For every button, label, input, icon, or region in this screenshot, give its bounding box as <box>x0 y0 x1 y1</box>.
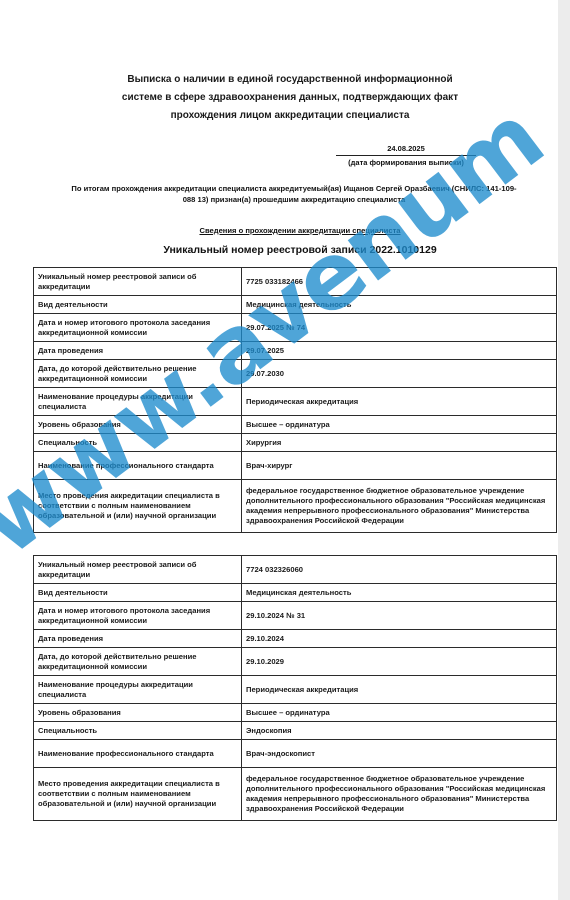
table-row: Уровень образованияВысшее – ординатура <box>34 416 557 434</box>
row-value: 29.10.2024 <box>242 630 557 648</box>
document-page: Выписка о наличии в единой государственн… <box>0 0 558 900</box>
row-label: Вид деятельности <box>34 584 242 602</box>
table-row: Место проведения аккредитации специалист… <box>34 768 557 821</box>
row-label: Наименование профессионального стандарта <box>34 740 242 768</box>
row-label: Уникальный номер реестровой записи об ак… <box>34 268 242 296</box>
registry-heading: Уникальный номер реестровой записи 2022.… <box>100 244 500 256</box>
row-value: Врач-эндоскопист <box>242 740 557 768</box>
issue-date-block: 24.08.2025 (дата формирования выписки) <box>336 143 476 168</box>
table-row: СпециальностьЭндоскопия <box>34 722 557 740</box>
table-row: Вид деятельностиМедицинская деятельность <box>34 296 557 314</box>
row-label: Уникальный номер реестровой записи об ак… <box>34 556 242 584</box>
row-label: Дата и номер итогового протокола заседан… <box>34 602 242 630</box>
row-label: Наименование процедуры аккредитации спец… <box>34 676 242 704</box>
table-row: Уникальный номер реестровой записи об ак… <box>34 556 557 584</box>
document-title: Выписка о наличии в единой государственн… <box>90 71 490 125</box>
table-row: Дата, до которой действительно решение а… <box>34 648 557 676</box>
row-label: Место проведения аккредитации специалист… <box>34 480 242 533</box>
row-value: 29.10.2024 № 31 <box>242 602 557 630</box>
row-label: Дата, до которой действительно решение а… <box>34 648 242 676</box>
title-line: системе в сфере здравоохранения данных, … <box>90 89 490 107</box>
page-edge-strip <box>558 0 570 900</box>
table-row: Уникальный номер реестровой записи об ак… <box>34 268 557 296</box>
row-label: Дата проведения <box>34 630 242 648</box>
row-label: Дата и номер итогового протокола заседан… <box>34 314 242 342</box>
intro-paragraph: По итогам прохождения аккредитации специ… <box>30 183 558 205</box>
table-row: Дата и номер итогового протокола заседан… <box>34 314 557 342</box>
table-row: Место проведения аккредитации специалист… <box>34 480 557 533</box>
row-value: Высшее – ординатура <box>242 704 557 722</box>
row-value: 29.07.2025 <box>242 342 557 360</box>
row-value: Эндоскопия <box>242 722 557 740</box>
row-value: 29.07.2025 № 74 <box>242 314 557 342</box>
title-line: Выписка о наличии в единой государственн… <box>90 71 490 89</box>
section-heading: Сведения о прохождении аккредитации спец… <box>150 226 450 235</box>
intro-line: 088 13) признан(а) прошедшим аккредитаци… <box>30 194 558 205</box>
table-row: Дата и номер итогового протокола заседан… <box>34 602 557 630</box>
row-value: федеральное государственное бюджетное об… <box>242 480 557 533</box>
row-label: Специальность <box>34 722 242 740</box>
issue-date-caption: (дата формирования выписки) <box>336 157 476 168</box>
row-value: Медицинская деятельность <box>242 584 557 602</box>
table-row: СпециальностьХирургия <box>34 434 557 452</box>
row-value: 7724 032326060 <box>242 556 557 584</box>
row-label: Вид деятельности <box>34 296 242 314</box>
row-value: Высшее – ординатура <box>242 416 557 434</box>
row-label: Уровень образования <box>34 704 242 722</box>
table-row: Уровень образованияВысшее – ординатура <box>34 704 557 722</box>
accreditation-record-table: Уникальный номер реестровой записи об ак… <box>33 555 557 821</box>
row-label: Наименование процедуры аккредитации спец… <box>34 388 242 416</box>
table-row: Вид деятельностиМедицинская деятельность <box>34 584 557 602</box>
issue-date: 24.08.2025 <box>336 143 476 156</box>
row-value: Периодическая аккредитация <box>242 388 557 416</box>
row-label: Дата проведения <box>34 342 242 360</box>
table-row: Наименование процедуры аккредитации спец… <box>34 676 557 704</box>
row-label: Специальность <box>34 434 242 452</box>
row-value: 29.10.2029 <box>242 648 557 676</box>
table-row: Дата проведения29.07.2025 <box>34 342 557 360</box>
table-row: Наименование профессионального стандарта… <box>34 740 557 768</box>
intro-line: По итогам прохождения аккредитации специ… <box>30 183 558 194</box>
row-label: Уровень образования <box>34 416 242 434</box>
row-value: Хирургия <box>242 434 557 452</box>
table-row: Наименование процедуры аккредитации спец… <box>34 388 557 416</box>
row-value: Периодическая аккредитация <box>242 676 557 704</box>
row-value: федеральное государственное бюджетное об… <box>242 768 557 821</box>
row-label: Наименование профессионального стандарта <box>34 452 242 480</box>
row-value: Врач-хирург <box>242 452 557 480</box>
title-line: прохождения лицом аккредитации специалис… <box>90 107 490 125</box>
table-row: Дата, до которой действительно решение а… <box>34 360 557 388</box>
accreditation-record-table: Уникальный номер реестровой записи об ак… <box>33 267 557 533</box>
table-row: Наименование профессионального стандарта… <box>34 452 557 480</box>
row-value: 7725 033182466 <box>242 268 557 296</box>
row-value: 29.07.2030 <box>242 360 557 388</box>
row-value: Медицинская деятельность <box>242 296 557 314</box>
row-label: Дата, до которой действительно решение а… <box>34 360 242 388</box>
table-row: Дата проведения29.10.2024 <box>34 630 557 648</box>
row-label: Место проведения аккредитации специалист… <box>34 768 242 821</box>
